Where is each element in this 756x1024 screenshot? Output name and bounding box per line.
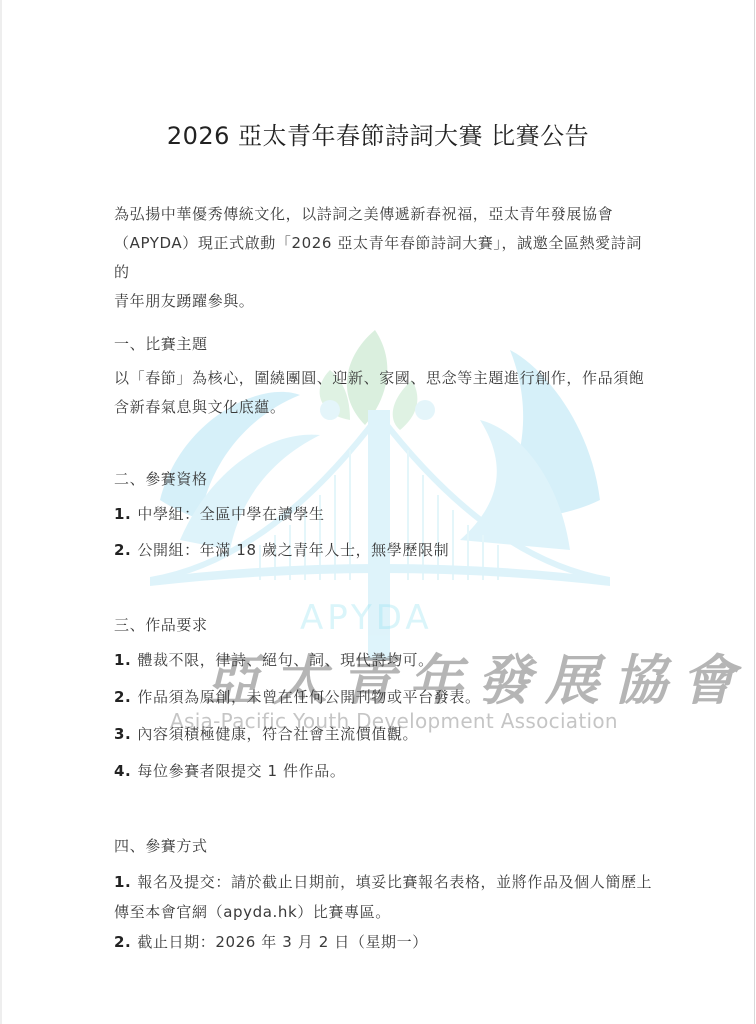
list-text: 作品須為原創，未曾在任何公開刊物或平台發表。 (137, 688, 480, 706)
section-heading-theme: 一、比賽主題 (114, 333, 208, 354)
list-text: 公開組：年滿 18 歲之青年人士，無學歷限制 (137, 541, 449, 559)
intro-line: 為弘揚中華優秀傳統文化，以詩詞之美傳遞新春祝福，亞太青年發展協會 (114, 200, 654, 229)
intro-paragraph: 為弘揚中華優秀傳統文化，以詩詞之美傳遞新春祝福，亞太青年發展協會 （APYDA）… (114, 200, 654, 316)
list-number: 2. (114, 688, 131, 706)
list-number: 1. (114, 873, 131, 891)
page-edge-left (0, 0, 2, 1024)
list-item: 2.截止日期：2026 年 3 月 2 日（星期一） (114, 927, 654, 958)
bridge-deck-icon (150, 564, 610, 586)
list-item: 1.體裁不限，律詩、絕句、詞、現代詩均可。 (114, 645, 654, 676)
body-line: 含新春氣息與文化底蘊。 (114, 393, 654, 422)
list-number: 4. (114, 762, 131, 780)
list-text: 傳至本會官網（apyda.hk）比賽專區。 (114, 897, 654, 927)
list-text: 報名及提交：請於截止日期前，填妥比賽報名表格，並將作品及個人簡歷上 (137, 873, 652, 891)
list-item: 3.內容須積極健康，符合社會主流價值觀。 (114, 719, 654, 750)
list-number: 2. (114, 541, 131, 559)
list-text: 截止日期：2026 年 3 月 2 日（星期一） (137, 933, 428, 951)
list-item: 1.報名及提交：請於截止日期前，填妥比賽報名表格，並將作品及個人簡歷上 傳至本會… (114, 867, 654, 927)
list-text: 中學組：全區中學在讀學生 (137, 505, 324, 523)
list-text: 體裁不限，律詩、絕句、詞、現代詩均可。 (137, 651, 433, 669)
intro-line: （APYDA）現正式啟動「2026 亞太青年春節詩詞大賽」，誠邀全區熱愛詩詞的 (114, 229, 654, 287)
list-number: 1. (114, 505, 131, 523)
section-heading-method: 四、參賽方式 (114, 835, 208, 856)
list-item: 2.公開組：年滿 18 歲之青年人士，無學歷限制 (114, 535, 654, 566)
list-item: 1.中學組：全區中學在讀學生 (114, 499, 654, 530)
section-theme-body: 以「春節」為核心，圍繞團圓、迎新、家國、思念等主題進行創作，作品須飽 含新春氣息… (114, 364, 654, 422)
list-number: 1. (114, 651, 131, 669)
watermark-apyda-text: APYDA (300, 598, 433, 638)
list-item: 4.每位參賽者限提交 1 件作品。 (114, 756, 654, 787)
list-number: 3. (114, 725, 131, 743)
list-number: 2. (114, 933, 131, 951)
section-heading-eligibility: 二、參賽資格 (114, 468, 208, 489)
list-item: 2.作品須為原創，未曾在任何公開刊物或平台發表。 (114, 682, 654, 713)
list-text: 內容須積極健康，符合社會主流價值觀。 (137, 725, 418, 743)
document-title: 2026 亞太青年春節詩詞大賽 比賽公告 (0, 116, 756, 151)
intro-line: 青年朋友踴躍參與。 (114, 287, 654, 316)
section-heading-requirements: 三、作品要求 (114, 614, 208, 635)
page-edge-right (754, 0, 755, 1024)
body-line: 以「春節」為核心，圍繞團圓、迎新、家國、思念等主題進行創作，作品須飽 (114, 364, 654, 393)
list-text: 每位參賽者限提交 1 件作品。 (137, 762, 345, 780)
